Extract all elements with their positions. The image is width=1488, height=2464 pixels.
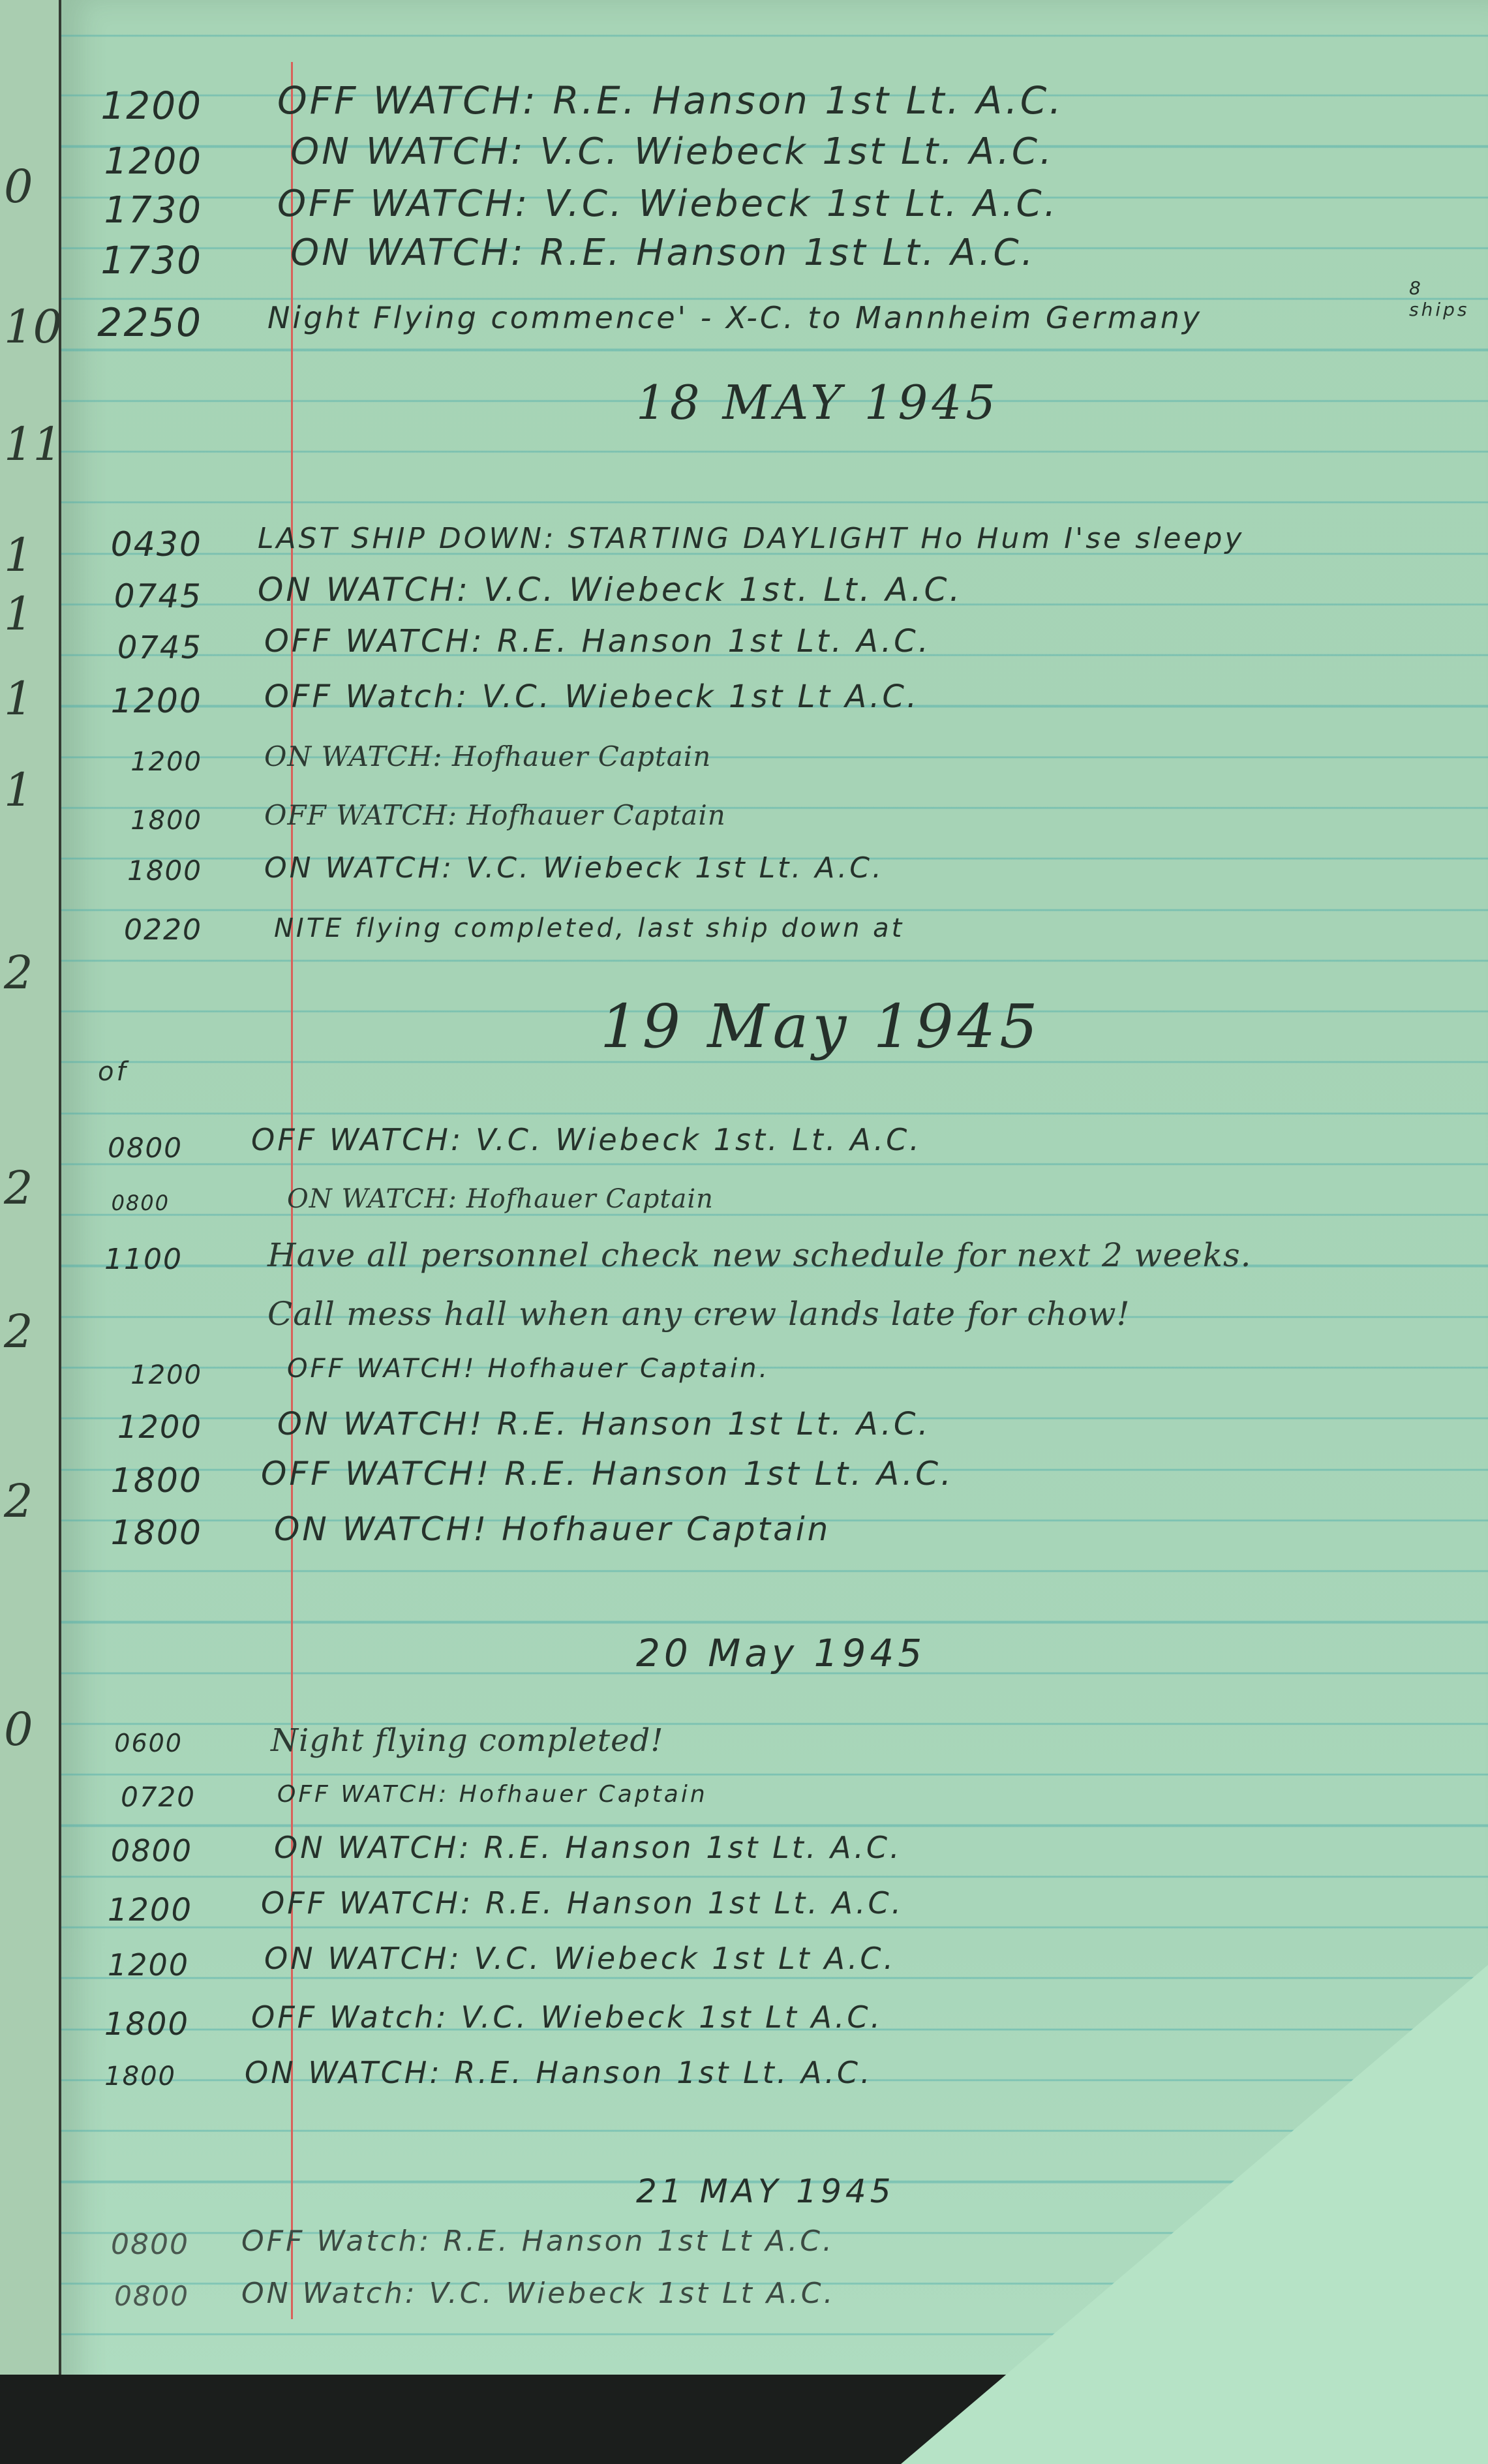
entry-time: 0430 (52, 525, 202, 564)
entry-time: 0745 (52, 577, 202, 615)
entry-time: 0800 (42, 1833, 192, 1868)
entry-time: 0720 (46, 1781, 196, 1813)
edge-mark: 2 (4, 946, 33, 999)
edge-mark: 1 (4, 672, 33, 725)
entry-time: 1800 (52, 1461, 202, 1500)
entry-time: 1100 (33, 1243, 183, 1276)
entry-text: ON WATCH: V.C. Wiebeck 1st Lt A.C. (264, 1941, 896, 1976)
entry-text: ON Watch: V.C. Wiebeck 1st Lt A.C. (241, 2277, 835, 2310)
entry-time: 0800 (39, 2280, 189, 2312)
edge-mark: 11 (4, 418, 62, 471)
entry-text: ON WATCH: V.C. Wiebeck 1st Lt. A.C. (290, 130, 1054, 173)
entry-annotation: 8 ships (1409, 277, 1488, 320)
date-heading: 20 May 1945 (636, 1631, 926, 1675)
date-heading: 18 MAY 1945 (636, 375, 999, 430)
entry-text: ON WATCH: R.E. Hanson 1st Lt. A.C. (290, 232, 1035, 274)
entry-text: ON WATCH: R.E. Hanson 1st Lt. A.C. (274, 1830, 902, 1865)
entry-time: 0745 (52, 630, 202, 666)
date-heading: 21 MAY 1945 (636, 2172, 895, 2210)
edge-mark: 0 (4, 160, 33, 213)
date-heading: 19 May 1945 (600, 992, 1042, 1061)
edge-mark: 0 (4, 1703, 33, 1756)
entry-time: 1800 (52, 855, 202, 887)
edge-mark: 1 (4, 528, 33, 582)
entry-time: 1200 (52, 1360, 202, 1390)
entry-time: 2250 (52, 300, 202, 346)
entry-text: ON WATCH: R.E. Hanson 1st Lt. A.C. (245, 2055, 873, 2090)
entry-text: OFF Watch: R.E. Hanson 1st Lt A.C. (241, 2225, 834, 2258)
entry-text: OFF WATCH: V.C. Wiebeck 1st Lt. A.C. (277, 183, 1058, 225)
entry-text: OFF WATCH: R.E. Hanson 1st Lt. A.C. (277, 78, 1064, 123)
entry-time: 0600 (33, 1729, 183, 1757)
entry-text: OFF Watch: V.C. Wiebeck 1st Lt A.C. (251, 2000, 883, 2035)
entry-time: 0800 (39, 2228, 189, 2261)
edge-mark: 2 (4, 1305, 33, 1358)
entry-time: 1200 (42, 1892, 192, 1928)
entry-text: Night Flying commence' - X-C. to Mannhei… (267, 300, 1202, 335)
entry-text: ON WATCH: Hofhauer Captain (287, 1184, 714, 1214)
entry-text: OFF WATCH: Hofhauer Captain (277, 1781, 708, 1808)
entry-text: Have all personnel check new schedule fo… (267, 1236, 1252, 1274)
edge-mark: 1 (4, 763, 33, 817)
entry-time: 1800 (26, 2061, 176, 2091)
entry-time: 0220 (52, 913, 202, 947)
edge-mark: 2 (4, 1474, 33, 1528)
entry-time: 0800 (20, 1191, 170, 1215)
entry-time: 1730 (52, 238, 202, 282)
entry-time: 1200 (52, 140, 202, 183)
entry-time: 1200 (52, 1409, 202, 1446)
entry-text: OFF WATCH: R.E. Hanson 1st Lt. A.C. (264, 623, 931, 660)
entry-time: 1800 (52, 1513, 202, 1553)
entry-text: OFF WATCH: R.E. Hanson 1st Lt. A.C. (261, 1885, 903, 1921)
ruled-lines (61, 0, 1488, 2401)
entry-text: LAST SHIP DOWN: STARTING DAYLIGHT Ho Hum… (258, 522, 1244, 555)
entry-text: OFF WATCH! Hofhauer Captain. (287, 1354, 770, 1384)
entry-text: ON WATCH! R.E. Hanson 1st Lt. A.C. (277, 1406, 931, 1442)
entry-text: NITE flying completed, last ship down at (274, 913, 904, 943)
entry-text: ON WATCH: V.C. Wiebeck 1st. Lt. A.C. (258, 571, 962, 609)
margin-note: of (98, 1057, 129, 1087)
entry-text: OFF WATCH! R.E. Hanson 1st Lt. A.C. (261, 1455, 954, 1493)
entry-text: OFF Watch: V.C. Wiebeck 1st Lt A.C. (264, 678, 919, 715)
entry-text: ON WATCH: Hofhauer Captain (264, 740, 711, 772)
entry-time: 1200 (52, 682, 202, 721)
entry-text-continued: Call mess hall when any crew lands late … (267, 1295, 1131, 1333)
entry-text: OFF WATCH: Hofhauer Captain (264, 799, 726, 831)
entry-text: OFF WATCH: V.C. Wiebeck 1st. Lt. A.C. (251, 1122, 922, 1157)
edge-mark: 1 (4, 587, 33, 641)
entry-time: 1200 (52, 747, 202, 777)
entry-time: 0800 (33, 1132, 183, 1164)
entry-time: 1200 (39, 1947, 189, 1983)
entry-time: 1200 (52, 84, 202, 128)
entry-text: ON WATCH! Hofhauer Captain (274, 1510, 830, 1548)
entry-text: ON WATCH: V.C. Wiebeck 1st Lt. A.C. (264, 851, 884, 885)
entry-time: 1730 (52, 189, 202, 232)
entry-time: 1800 (39, 2006, 189, 2043)
entry-time: 1800 (52, 806, 202, 836)
entry-text: Night flying completed! (271, 1722, 664, 1759)
ledger-page (59, 0, 1488, 2401)
